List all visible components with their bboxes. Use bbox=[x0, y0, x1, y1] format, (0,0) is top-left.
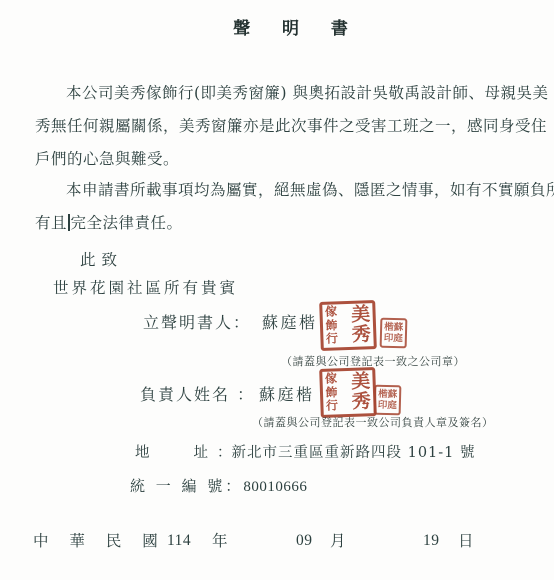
paragraph1-line1: 本公司美秀傢飾行(即美秀窗簾) 與奧拓設計吳敬禹設計師、母親吳美 bbox=[35, 77, 523, 110]
responsible-person-name: 蘇庭楷 bbox=[259, 378, 315, 411]
date-day-value: 19 bbox=[423, 529, 440, 553]
address-value: 新北市三重區重新路四段 101-1 號 bbox=[232, 445, 476, 461]
responsible-seal-caption: （請蓋與公司登記表一致公司負責人章及簽名） bbox=[252, 414, 494, 430]
responsible-person-row: 負責人姓名 ： 蘇庭楷 bbox=[140, 378, 255, 411]
date-era-label: 中 華 民 國 bbox=[33, 529, 166, 553]
personal-seal-right-column: 蘇庭 bbox=[387, 389, 397, 412]
declaration-document-page: 聲 明 書 本公司美秀傢飾行(即美秀窗簾) 與奧拓設計吳敬禹設計師、母親吳美 秀… bbox=[0, 0, 554, 580]
tax-id-value: 80010666 bbox=[243, 479, 307, 495]
paragraph1-line2: 秀無任何親屬關係，美秀窗簾亦是此次事件之受害工班之一，感同身受住 bbox=[35, 110, 523, 143]
responsible-person-label: 負責人姓名 ： bbox=[140, 385, 255, 404]
declarant-name: 蘇庭楷 bbox=[262, 306, 318, 339]
address-colon: ： bbox=[217, 445, 232, 461]
personal-seal-right-column: 蘇庭 bbox=[393, 322, 403, 345]
date-month-value: 09 bbox=[296, 529, 313, 553]
paragraph1-line3: 戶們的心急與難受。 bbox=[35, 143, 523, 176]
personal-seal-stamp-2: 楷印 蘇庭 bbox=[374, 385, 402, 416]
date-year-value: 114 bbox=[167, 529, 191, 553]
address-row: 地址：新北市三重區重新路四段 101-1 號 bbox=[135, 441, 476, 465]
addressee: 世界花園社區所有貴賓 bbox=[53, 272, 238, 305]
address-label-char2: 址 bbox=[194, 445, 209, 461]
date-month-unit: 月 bbox=[330, 529, 346, 553]
date-year-unit: 年 bbox=[212, 529, 228, 553]
company-seal-stamp-1: 傢飾行 美秀 bbox=[319, 300, 377, 351]
company-seal-stamp-2: 傢飾行 美秀 bbox=[319, 367, 377, 418]
company-seal-left-column: 傢飾行 bbox=[324, 373, 338, 414]
personal-seal-stamp-1: 楷印 蘇庭 bbox=[380, 318, 408, 349]
declarant-row: 立聲明書人： 蘇庭楷 bbox=[143, 306, 251, 339]
tax-id-label: 統 一 編 號： bbox=[130, 477, 243, 495]
company-seal-left-column: 傢飾行 bbox=[324, 306, 338, 347]
address-label-char1: 地 bbox=[135, 445, 150, 461]
paragraph2-line2: 有且完全法律責任。 bbox=[35, 207, 523, 240]
paragraph-1: 本公司美秀傢飾行(即美秀窗簾) 與奧拓設計吳敬禹設計師、母親吳美 秀無任何親屬關… bbox=[35, 77, 523, 176]
text-cursor-mark bbox=[68, 214, 70, 231]
paragraph2-line2-text-before: 有且 bbox=[35, 214, 67, 232]
company-seal-right-column: 美秀 bbox=[350, 305, 371, 346]
tax-id-row: 統 一 編 號：80010666 bbox=[130, 474, 307, 498]
document-title: 聲 明 書 bbox=[40, 14, 554, 39]
paragraph2-line1: 本申請書所載事項均為屬實，絕無虛偽、隱匿之情事，如有不實願負所 bbox=[35, 174, 523, 207]
date-row: 中 華 民 國 114 年 09 月 19 日 bbox=[0, 529, 554, 553]
date-day-unit: 日 bbox=[458, 529, 474, 553]
declarant-label: 立聲明書人： bbox=[143, 313, 251, 332]
company-seal-right-column: 美秀 bbox=[350, 372, 371, 413]
paragraph2-line2-text-after: 完全法律責任。 bbox=[71, 214, 183, 232]
paragraph-2: 本申請書所載事項均為屬實，絕無虛偽、隱匿之情事，如有不實願負所 有且完全法律責任… bbox=[35, 174, 523, 240]
